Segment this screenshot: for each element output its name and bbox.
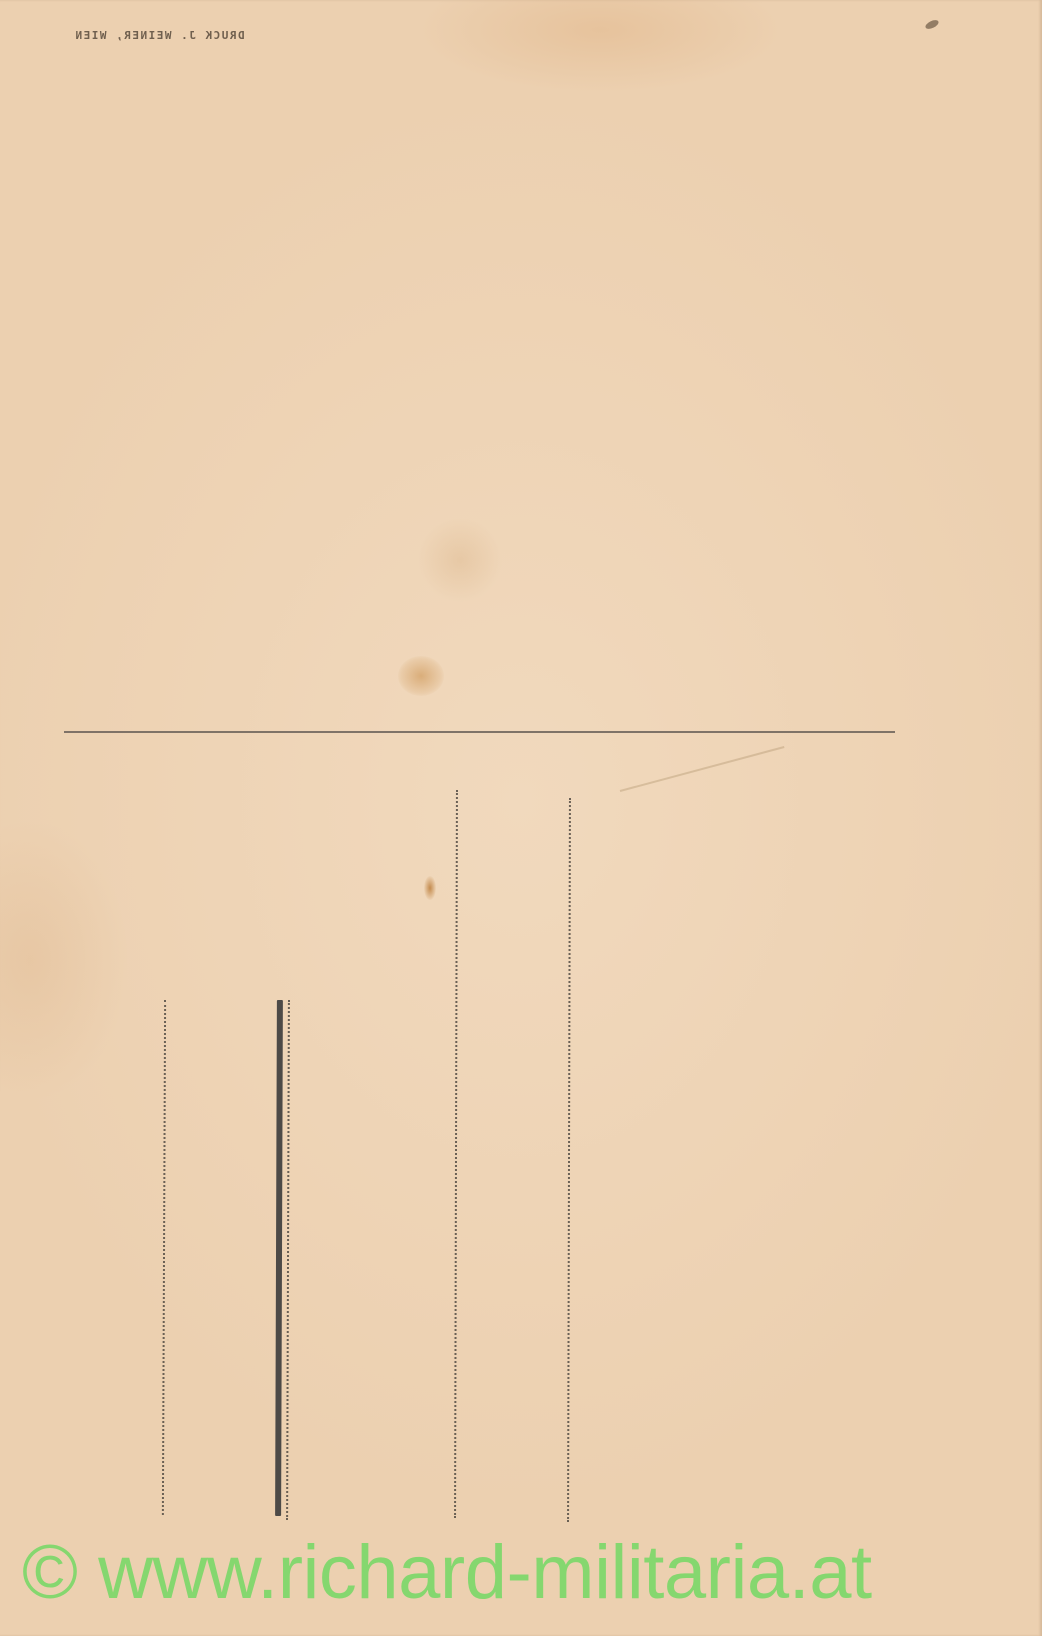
horizontal-divider-line xyxy=(64,731,895,733)
dotted-line-4 xyxy=(567,798,571,1522)
postcard-back: DRUCK J. WEINER, WIEN © www.richard-mili… xyxy=(0,0,1042,1636)
paper-crease xyxy=(620,746,785,792)
ink-spot xyxy=(924,18,940,30)
dotted-line-2 xyxy=(286,1000,290,1520)
copyright-watermark: © www.richard-militaria.at xyxy=(22,1528,872,1618)
printer-mark-text: DRUCK J. WEINER, WIEN xyxy=(74,29,245,42)
dotted-line-3 xyxy=(454,790,458,1518)
foxing-stain xyxy=(398,656,444,696)
dotted-line-1 xyxy=(162,1000,166,1515)
foxing-stain-small xyxy=(424,876,436,900)
solid-bar-line xyxy=(275,1000,283,1516)
